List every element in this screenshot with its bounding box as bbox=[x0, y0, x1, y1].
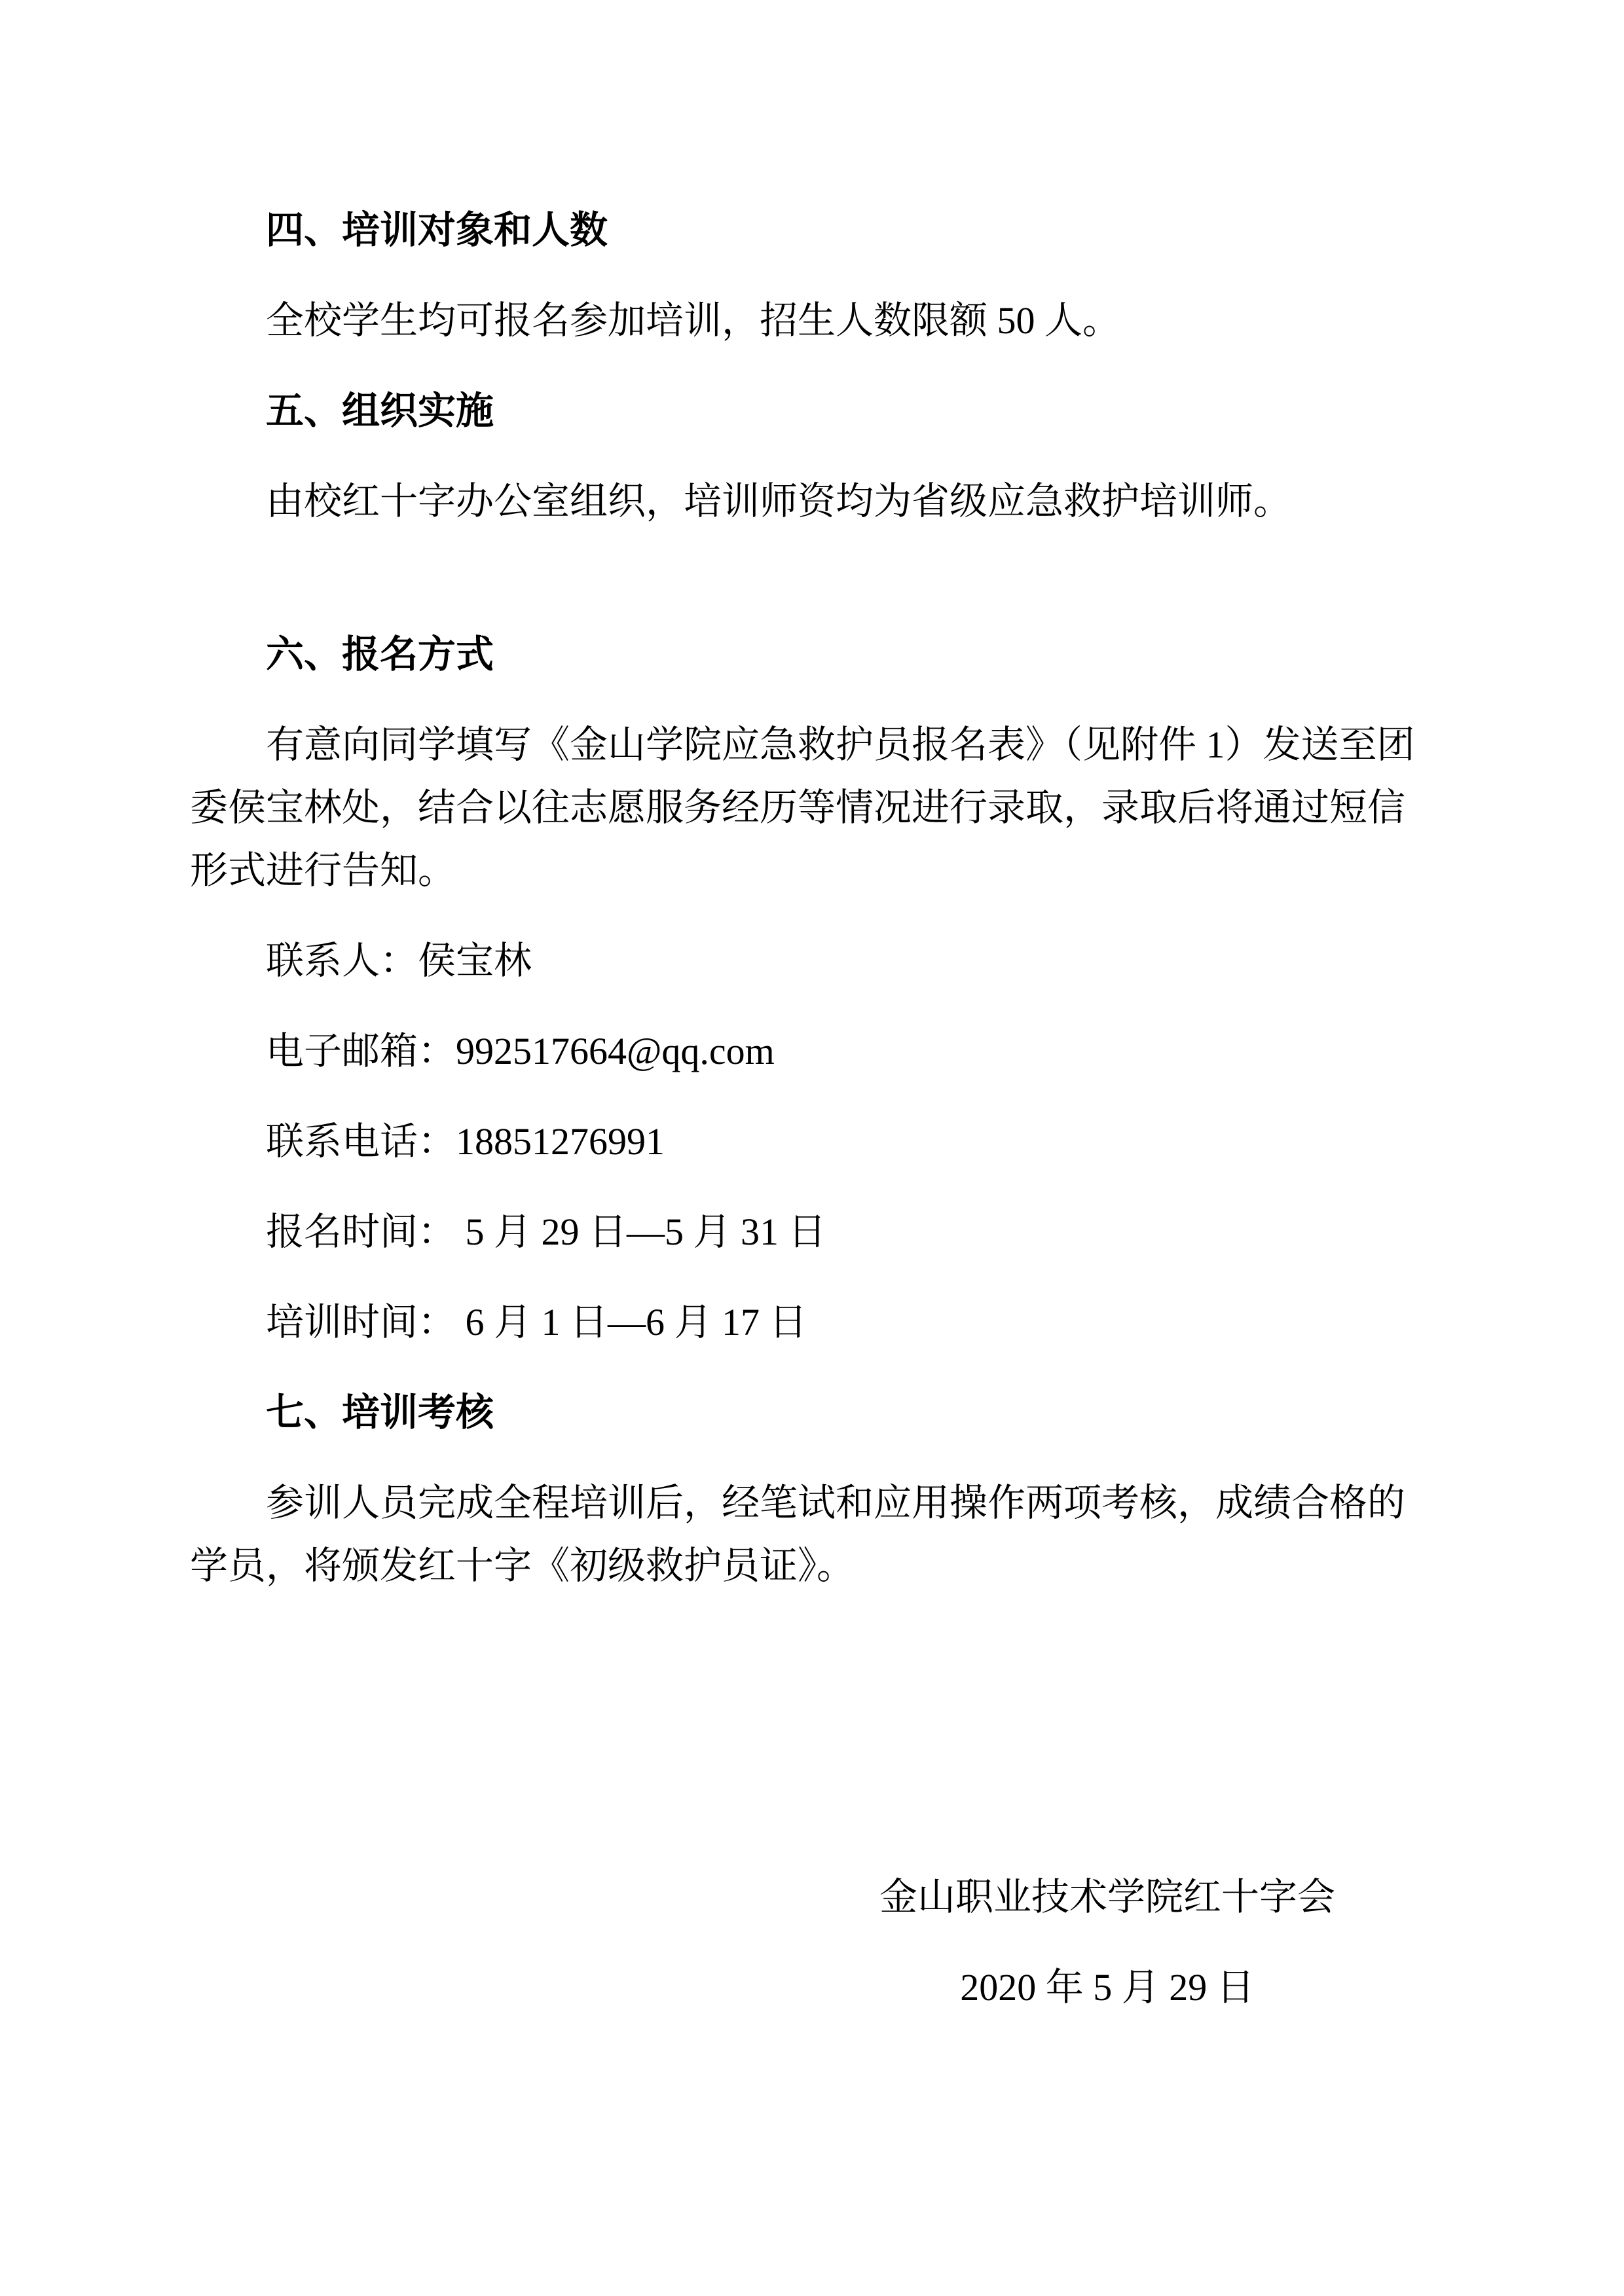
para-contact-email: 电子邮箱：992517664@qq.com bbox=[190, 1020, 1431, 1083]
para-contact-phone: 联系电话：18851276991 bbox=[190, 1110, 1431, 1173]
para-training-assessment-line-2: 学员，将颁发红十字《初级救护员证》。 bbox=[190, 1535, 1431, 1597]
document-page: 四、培训对象和人数 全校学生均可报名参加培训，招生人数限额 50 人。 五、组织… bbox=[0, 0, 1624, 2296]
para-organization: 由校红十字办公室组织，培训师资均为省级应急救护培训师。 bbox=[190, 470, 1431, 533]
document-body: 四、培训对象和人数 全校学生均可报名参加培训，招生人数限额 50 人。 五、组织… bbox=[0, 0, 1624, 2019]
para-signup-method: 有意向同学填写《金山学院应急救护员报名表》（见附件 1）发送至团 委侯宝林处，结… bbox=[190, 714, 1431, 902]
contact-person-line: 联系人：侯宝林 bbox=[190, 930, 1431, 993]
heading-training-target-and-count: 四、培训对象和人数 bbox=[190, 199, 1431, 262]
signup-time-line: 报名时间： 5 月 29 日—5 月 31 日 bbox=[190, 1201, 1431, 1264]
para-contact-person: 联系人：侯宝林 bbox=[190, 930, 1431, 993]
para-signup-method-line-2: 委侯宝林处，结合以往志愿服务经历等情况进行录取，录取后将通过短信 bbox=[190, 776, 1431, 839]
para-signup-method-line-1: 有意向同学填写《金山学院应急救护员报名表》（见附件 1）发送至团 bbox=[190, 714, 1431, 776]
para-training-time: 培训时间： 6 月 1 日—6 月 17 日 bbox=[190, 1291, 1431, 1354]
heading-signup-method: 六、报名方式 bbox=[190, 623, 1431, 686]
heading-organization: 五、组织实施 bbox=[190, 380, 1431, 443]
signature-block: 金山职业技术学院红十字会 2020 年 5 月 29 日 bbox=[784, 1866, 1431, 2019]
para-training-target: 全校学生均可报名参加培训，招生人数限额 50 人。 bbox=[190, 289, 1431, 352]
contact-phone-line: 联系电话：18851276991 bbox=[190, 1110, 1431, 1173]
contact-email-line: 电子邮箱：992517664@qq.com bbox=[190, 1020, 1431, 1083]
signature-organization: 金山职业技术学院红十字会 bbox=[784, 1866, 1431, 1929]
para-training-assessment: 参训人员完成全程培训后，经笔试和应用操作两项考核，成绩合格的 学员，将颁发红十字… bbox=[190, 1472, 1431, 1597]
para-training-target-line: 全校学生均可报名参加培训，招生人数限额 50 人。 bbox=[190, 289, 1431, 352]
para-organization-line: 由校红十字办公室组织，培训师资均为省级应急救护培训师。 bbox=[190, 470, 1431, 533]
heading-training-assessment: 七、培训考核 bbox=[190, 1381, 1431, 1444]
signature-date: 2020 年 5 月 29 日 bbox=[784, 1956, 1431, 2019]
para-training-assessment-line-1: 参训人员完成全程培训后，经笔试和应用操作两项考核，成绩合格的 bbox=[190, 1472, 1431, 1535]
training-time-line: 培训时间： 6 月 1 日—6 月 17 日 bbox=[190, 1291, 1431, 1354]
para-signup-method-line-3: 形式进行告知。 bbox=[190, 839, 1431, 902]
para-signup-time: 报名时间： 5 月 29 日—5 月 31 日 bbox=[190, 1201, 1431, 1264]
